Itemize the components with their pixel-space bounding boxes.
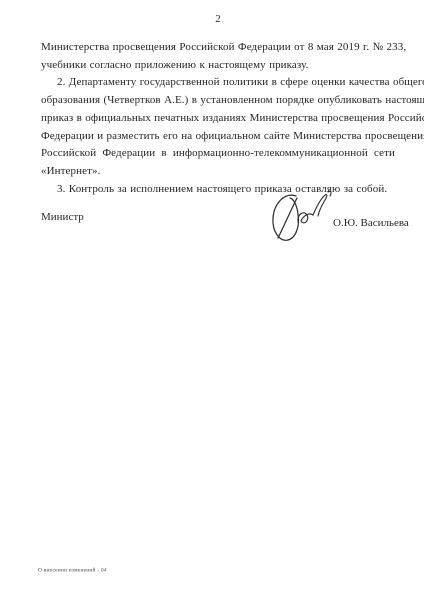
text-line: образования (Четвертков А.Е.) в установл…: [41, 92, 395, 110]
page-number: 2: [41, 13, 395, 25]
text-line: 2. Департаменту государственной политики…: [41, 74, 395, 92]
paragraph: 3. Контроль за исполнением настоящего пр…: [41, 181, 395, 199]
scanned-document-page: 2 Министерства просвещения Российской Фе…: [0, 0, 424, 600]
document-body: Министерства просвещения Российской Феде…: [41, 39, 395, 198]
paragraph: 2. Департаменту государственной политики…: [41, 74, 395, 180]
text-line: приказ в официальных печатных изданиях М…: [41, 110, 395, 128]
text-line: Федерации и разместить его на официально…: [41, 128, 395, 146]
signer-name: О.Ю. Васильева: [333, 217, 398, 229]
footer-reference-note: О внесении изменений - 04: [38, 568, 107, 574]
text-line: 3. Контроль за исполнением настоящего пр…: [41, 181, 395, 199]
text-line: учебники согласно приложению к настоящем…: [41, 57, 395, 75]
paragraph: Министерства просвещения Российской Феде…: [41, 39, 395, 74]
signer-title: Министр: [41, 211, 84, 223]
handwritten-signature-icon: [270, 190, 335, 246]
text-line: Российской Федерации в информационно-тел…: [41, 145, 395, 180]
text-line: Министерства просвещения Российской Феде…: [41, 39, 395, 57]
